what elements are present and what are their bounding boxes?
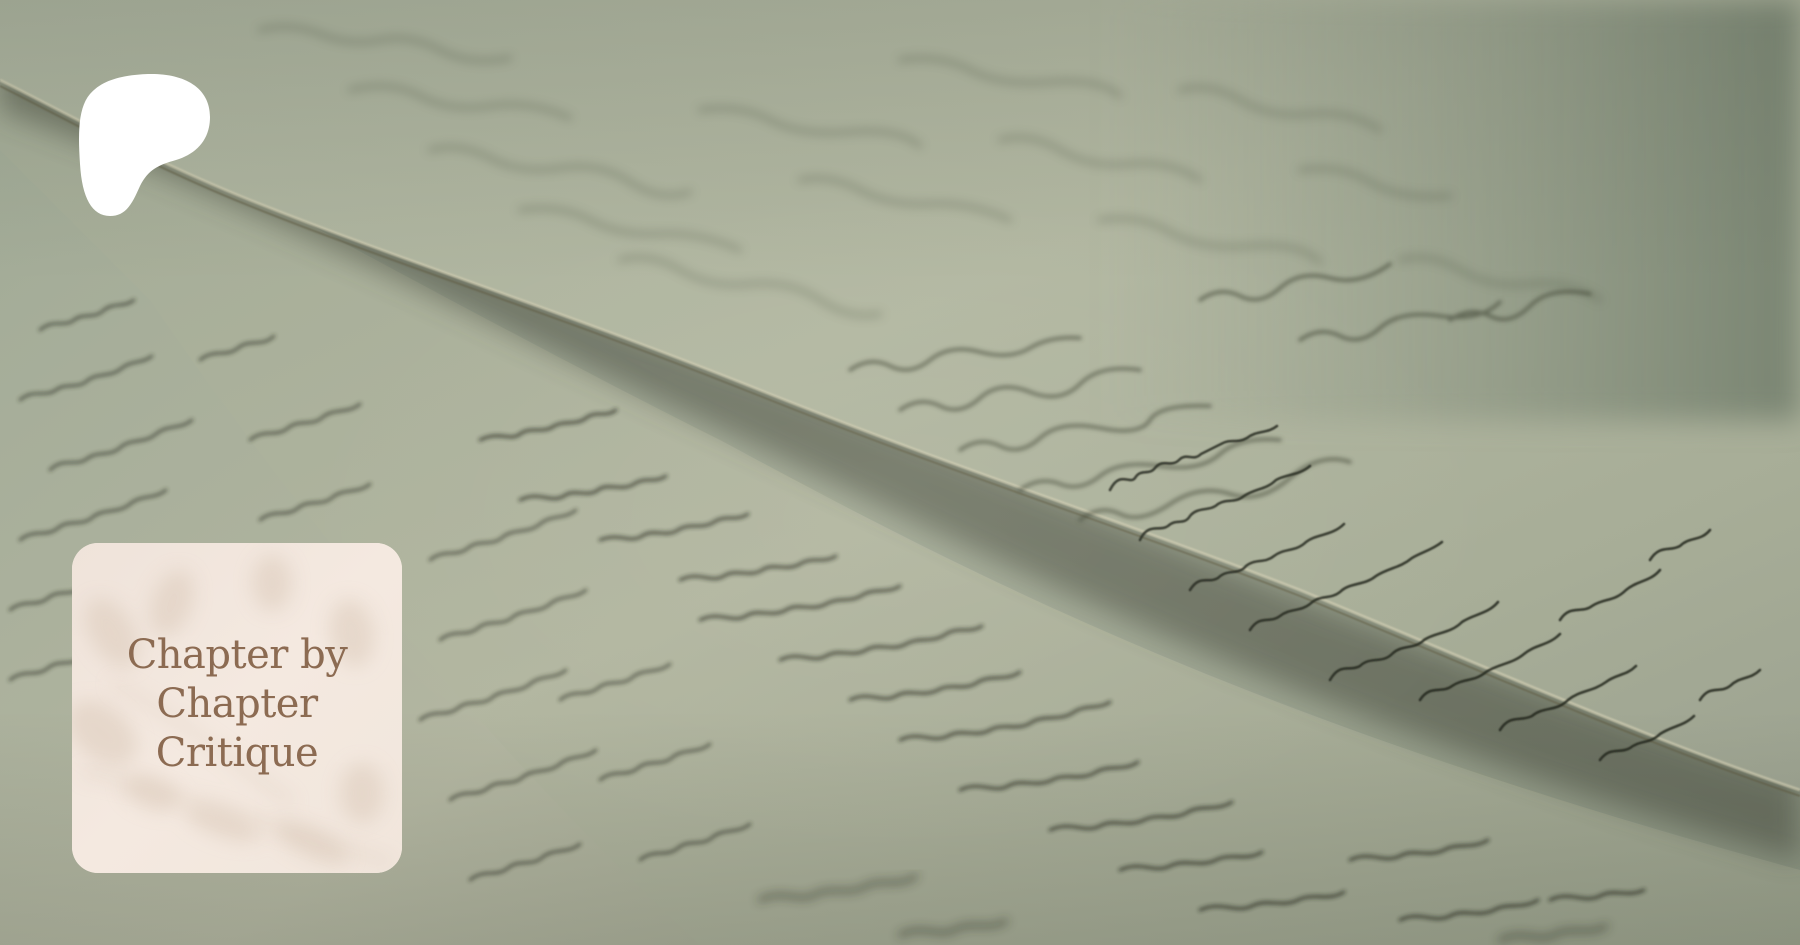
title-card: Chapter by Chapter Critique [72, 543, 402, 873]
card-title: Chapter by Chapter Critique [72, 631, 402, 778]
card-title-line-2: Chapter [72, 680, 402, 729]
cover-banner: Chapter by Chapter Critique [0, 0, 1800, 945]
card-title-line-3: Critique [72, 729, 402, 778]
card-title-line-1: Chapter by [72, 631, 402, 680]
patreon-logo-icon [78, 72, 212, 218]
